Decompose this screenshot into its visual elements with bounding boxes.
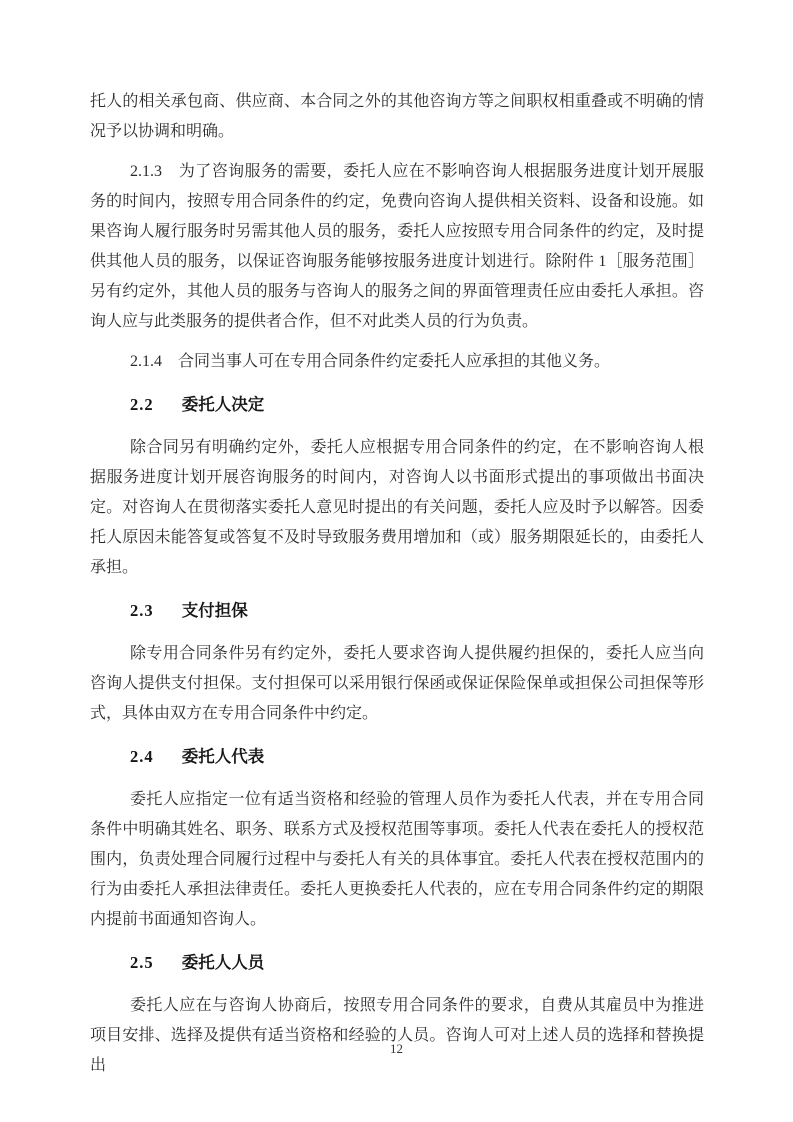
section-title: 委托人决定 [182,395,265,414]
section-title: 委托人代表 [182,747,265,766]
document-page: 托人的相关承包商、供应商、本合同之外的其他咨询方等之间职权相重叠或不明确的情况予… [0,0,793,1122]
section-2-5-paragraph: 委托人应在与咨询人协商后，按照专用合同条件的要求，自费从其雇员中为推进项目安排、… [90,991,704,1081]
section-number: 2.5 [130,948,154,978]
section-number: 2.2 [130,390,154,420]
section-title: 委托人人员 [182,953,265,972]
section-title: 支付担保 [182,601,248,620]
page-content: 托人的相关承包商、供应商、本合同之外的其他咨询方等之间职权相重叠或不明确的情况予… [90,87,704,1081]
section-2-4-paragraph: 委托人应指定一位有适当资格和经验的管理人员作为委托人代表，并在专用合同条件中明确… [90,785,704,935]
section-number: 2.3 [130,596,154,626]
clause-2-1-3: 2.1.3 为了咨询服务的需要，委托人应在不影响咨询人根据服务进度计划开展服务的… [90,157,704,337]
section-heading-2-5: 2.5 委托人人员 [130,948,704,978]
section-number: 2.4 [130,742,154,772]
section-2-3-paragraph: 除专用合同条件另有约定外，委托人要求咨询人提供履约担保的，委托人应当向咨询人提供… [90,639,704,729]
paragraph-continued-from-previous-page: 托人的相关承包商、供应商、本合同之外的其他咨询方等之间职权相重叠或不明确的情况予… [90,87,704,147]
section-heading-2-3: 2.3 支付担保 [130,596,704,626]
section-2-2-paragraph: 除合同另有明确约定外，委托人应根据专用合同条件的约定，在不影响咨询人根据服务进度… [90,433,704,583]
page-number: 12 [0,1040,793,1058]
section-heading-2-2: 2.2 委托人决定 [130,390,704,420]
clause-2-1-4: 2.1.4 合同当事人可在专用合同条件约定委托人应承担的其他义务。 [90,347,704,377]
section-heading-2-4: 2.4 委托人代表 [130,742,704,772]
